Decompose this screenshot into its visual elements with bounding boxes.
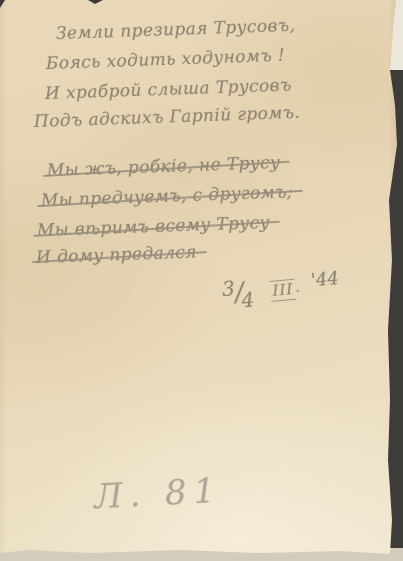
scanned-page: Земли презирая Трусовъ, Боясь ходить ход… <box>0 0 403 561</box>
date-year: '44 <box>310 268 340 291</box>
foliation-mark: Л. 81 <box>93 471 223 518</box>
date-month-roman-numeral: III <box>270 279 297 302</box>
date-day-denominator: 4 <box>240 287 255 312</box>
date-dot: . <box>294 279 300 295</box>
paper-sheet: Земли презирая Трусовъ, Боясь ходить ход… <box>0 0 403 561</box>
